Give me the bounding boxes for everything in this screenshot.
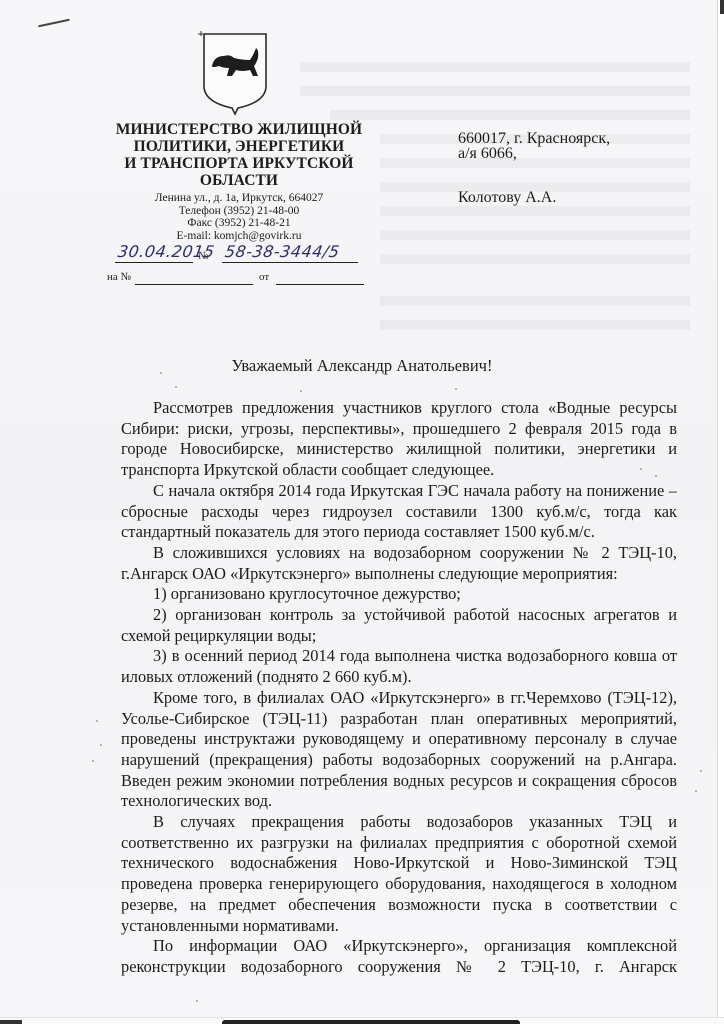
scan-bottom-edge <box>0 1017 724 1024</box>
body-paragraph: В сложившихся условиях на водозаборном с… <box>121 543 677 584</box>
number-underline <box>222 262 358 263</box>
list-item: 1) организовано круглосуточное дежурство… <box>121 584 677 605</box>
ministry-fax: Факс (3952) 21-48-21 <box>106 217 372 230</box>
ministry-email[interactable]: E-mail: komjch@govirk.ru <box>106 230 372 243</box>
number-label: № <box>198 250 209 262</box>
body-paragraph: В случаях прекращения работы водозаборов… <box>121 812 677 936</box>
letter-body: Рассмотрев предложения участников кругло… <box>121 398 677 978</box>
from-label: от <box>259 271 269 283</box>
body-paragraph: Рассмотрев предложения участников кругло… <box>121 398 677 481</box>
list-item: 3) в осенний период 2014 года выполнена … <box>121 646 677 687</box>
letter-page: МИНИСТЕРСТВО ЖИЛИЩНОЙ ПОЛИТИКИ, ЭНЕРГЕТИ… <box>0 0 716 1018</box>
date-underline <box>115 262 193 263</box>
reference-label: на № <box>107 271 131 283</box>
list-item: 2) организован контроль за устойчивой ра… <box>121 605 677 646</box>
ministry-phone: Телефон (3952) 21-48-00 <box>106 205 372 218</box>
body-paragraph: По информации ОАО «Иркутскэнерго», орган… <box>121 936 677 977</box>
scan-right-edge <box>717 0 724 1024</box>
from-field <box>276 284 364 285</box>
ministry-name: МИНИСТЕРСТВО ЖИЛИЩНОЙ ПОЛИТИКИ, ЭНЕРГЕТИ… <box>106 121 372 189</box>
pen-mark <box>38 19 70 28</box>
recipient-name: Колотову А.А. <box>458 190 556 206</box>
body-paragraph: Кроме того, в филиалах ОАО «Иркутскэнерг… <box>121 688 677 812</box>
recipient-address-line2: а/я 6066, <box>458 146 517 162</box>
outgoing-number: 58-38-3444/5 <box>224 242 341 261</box>
salutation: Уважаемый Александр Анатольевич! <box>0 356 724 376</box>
body-paragraph: С начала октября 2014 года Иркутская ГЭС… <box>121 481 677 543</box>
ministry-contacts: Ленина ул., д. 1а, Иркутск, 664027 Телеф… <box>106 192 372 242</box>
ministry-address: Ленина ул., д. 1а, Иркутск, 664027 <box>106 192 372 205</box>
reference-field <box>135 284 253 285</box>
coat-of-arms-icon <box>198 28 270 116</box>
